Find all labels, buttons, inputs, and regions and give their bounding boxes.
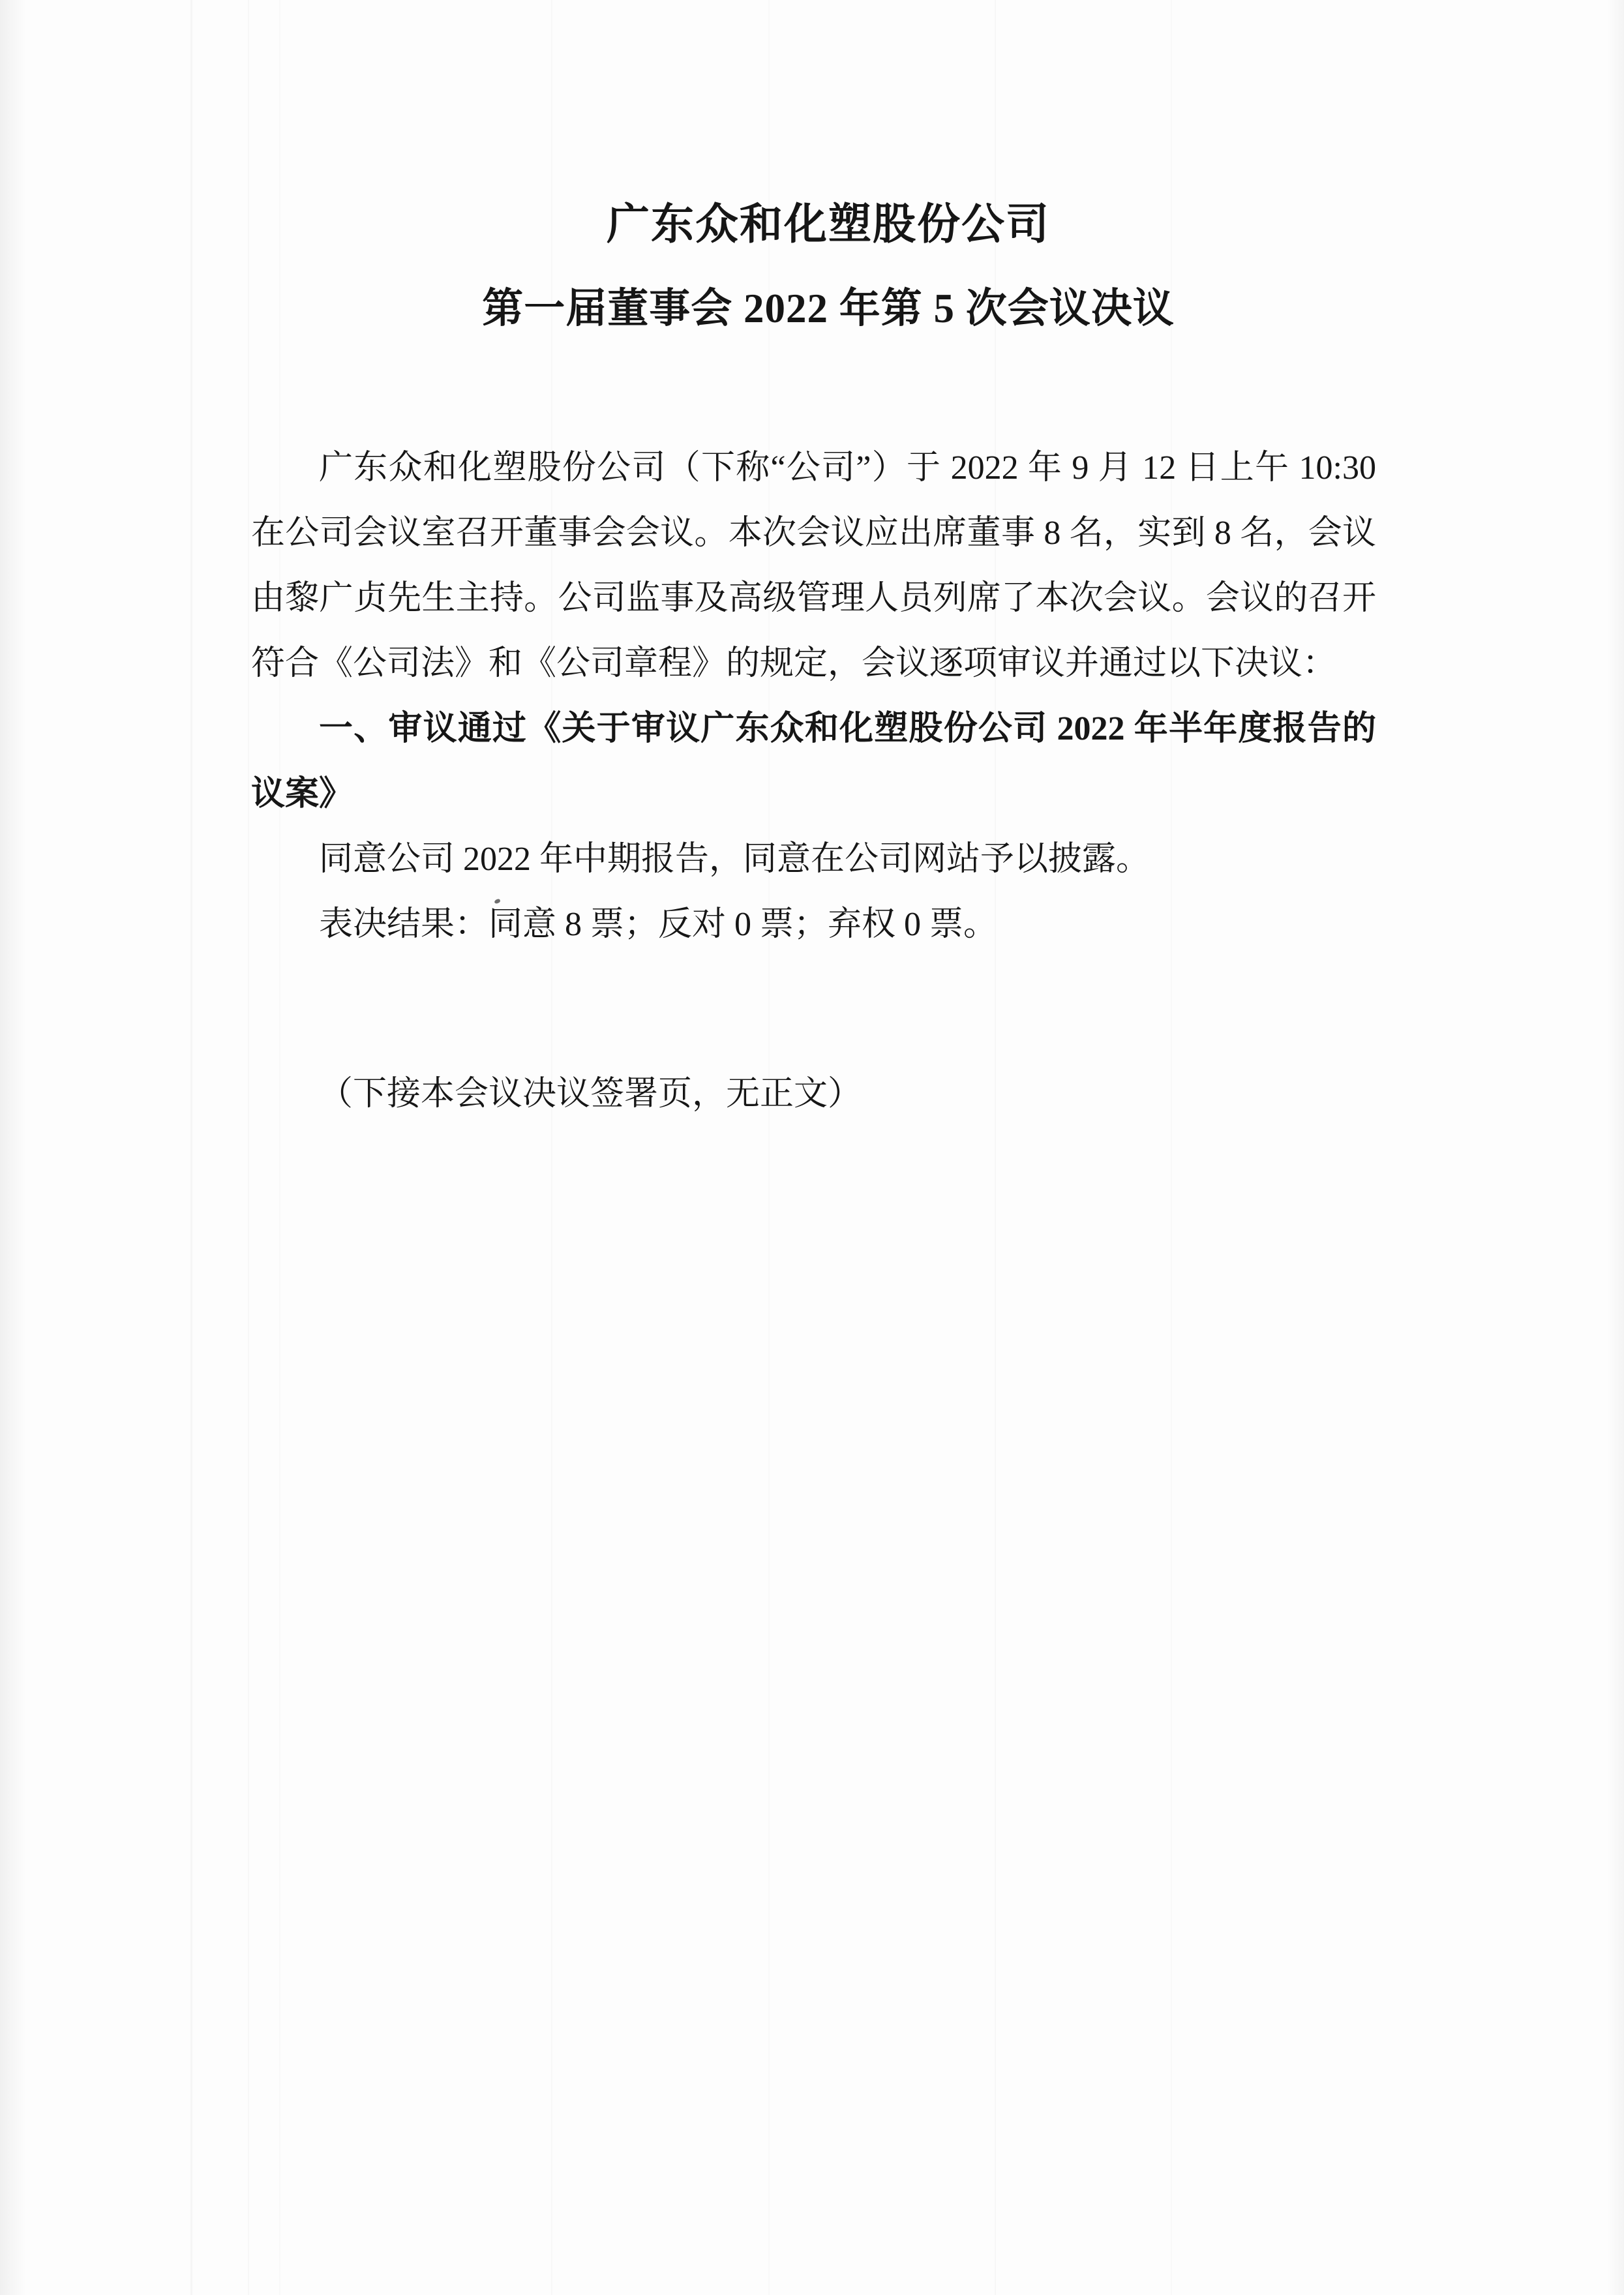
scan-streak-artifact <box>768 0 770 2295</box>
intro-paragraph: 广东众和化塑股份公司（下称“公司”）于 2022 年 9 月 12 日上午 10… <box>251 436 1376 697</box>
scan-streak-artifact <box>995 0 996 2295</box>
scan-edge-shading-left <box>0 0 26 2295</box>
meeting-resolution-title: 第一届董事会 2022 年第 5 次会议决议 <box>33 279 1624 338</box>
document-body: 广东众和化塑股份公司（下称“公司”）于 2022 年 9 月 12 日上午 10… <box>251 436 1376 1127</box>
scanned-document-page: 广东众和化塑股份公司 第一届董事会 2022 年第 5 次会议决议 广东众和化塑… <box>0 0 1624 2295</box>
scan-edge-shading-right <box>1607 0 1624 2295</box>
scan-streak-artifact <box>551 0 552 2295</box>
vote-result-line: 表决结果：同意 8 票；反对 0 票；弃权 0 票。 <box>251 892 1376 957</box>
resolution-item-heading: 一、审议通过《关于审议广东众和化塑股份公司 2022 年半年度报告的议案》 <box>251 697 1376 827</box>
closing-note: （下接本会议决议签署页，无正文） <box>251 1062 1376 1127</box>
resolution-item-body: 同意公司 2022 年中期报告，同意在公司网站予以披露。 <box>251 827 1376 892</box>
company-name-title: 广东众和化塑股份公司 <box>33 196 1624 254</box>
scan-streak-artifact <box>279 0 280 2295</box>
scan-streak-artifact <box>248 0 249 2295</box>
scan-streak-artifact <box>1171 0 1172 2295</box>
scan-streak-artifact <box>190 0 192 2295</box>
